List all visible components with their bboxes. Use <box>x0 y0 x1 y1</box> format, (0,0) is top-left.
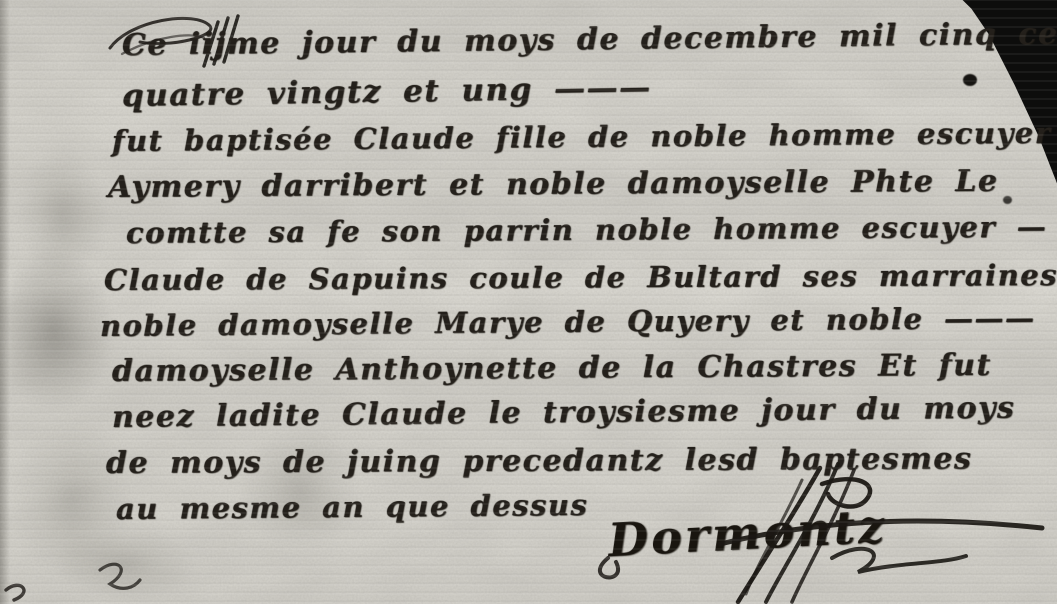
manuscript-line: de moys de juing precedantz lesd baptesm… <box>106 441 973 481</box>
manuscript-line: comtte sa fe son parrin noble homme escu… <box>126 210 1047 250</box>
ink-blot <box>1003 196 1012 204</box>
margin-smudge <box>12 420 132 580</box>
manuscript-line: Claude de Sapuins coule de Bultard ses m… <box>104 258 1057 297</box>
manuscript-line: Aymery darribert et noble damoyselle Pht… <box>108 164 999 205</box>
signature: Dormontz <box>607 499 888 568</box>
margin-smudge <box>0 250 114 410</box>
manuscript-line: Ce iijme jour du moys de decembre mil ci… <box>122 16 1057 63</box>
bottom-edge-marks <box>0 552 220 604</box>
manuscript-line: damoyselle Anthoynette de la Chastres Et… <box>112 348 992 389</box>
scan-edge-shadow <box>0 0 10 604</box>
ink-blot <box>963 74 977 86</box>
manuscript-line: quatre vingtz et ung ——— <box>122 70 652 114</box>
margin-smudge <box>55 530 195 600</box>
manuscript-line: neez ladite Claude le troysiesme jour du… <box>112 391 1016 435</box>
manuscript-page: Ce iijme jour du moys de decembre mil ci… <box>0 0 1057 604</box>
manuscript-line: noble damoyselle Marye de Quyery et nobl… <box>100 301 1036 343</box>
manuscript-line: fut baptisée Claude fille de noble homme… <box>112 115 1057 158</box>
margin-smudge <box>18 150 108 280</box>
manuscript-line: au mesme an que dessus <box>116 488 589 526</box>
